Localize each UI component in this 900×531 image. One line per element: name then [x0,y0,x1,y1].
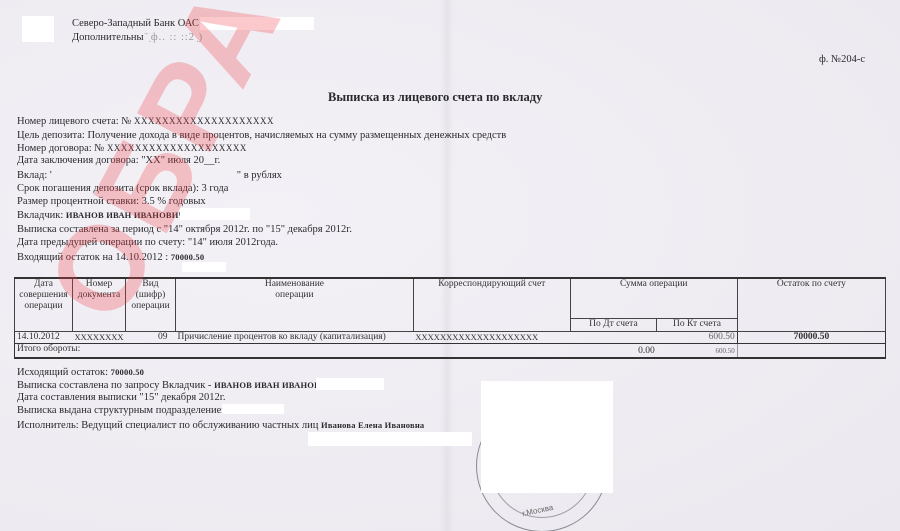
contract-number-line: Номер договора: № XXXXXXXXXXXXXXXXXXXX [17,142,247,155]
col-amount: Сумма операции [570,278,737,318]
deposit-purpose: Цель депозита: Получение дохода в виде п… [17,130,506,142]
executor-line: Исполнитель: Ведущий специалист по обслу… [17,419,424,432]
col-op-name: Наименование операции [176,278,414,332]
cell-date: 14.10.2012 [15,332,73,344]
cell-op-code: 09 [126,332,176,344]
redacted-signature-area [308,432,472,446]
redacted-depositor-extra [180,208,250,220]
opening-balance-line: Входящий остаток на 14.10.2012 : 70000.5… [17,251,204,264]
col-credit: По Кт счета [657,318,738,331]
deposit-term: Срок погашения депозита (срок вклада): 3… [17,183,228,195]
totals-debit: 0.00 [570,344,657,359]
redacted-logo [22,16,54,42]
document-page [0,0,900,531]
cell-corr-account: XXXXXXXXXXXXXXXXXXXX [413,332,570,344]
statement-date: Дата составления выписки "15" декабря 20… [17,392,226,404]
totals-balance-empty [737,344,885,359]
account-number-line: Номер лицевого счета: № XXXXXXXXXXXXXXXX… [17,115,274,128]
redacted-requester-extra [316,378,384,390]
cell-credit: 600.50 [657,332,738,344]
document-title: Выписка из лицевого счета по вкладу [328,90,542,105]
form-number: ф. №204-с [819,54,865,66]
operations-table: Дата совершения операции Номер документа… [14,277,886,359]
issued-by-line: Выписка выдана структурным подразделение… [17,405,228,417]
bank-name: Северо-Западный Банк ОАС [72,18,199,30]
col-balance: Остаток по счету [737,278,885,332]
interest-rate: Размер процентной ставки: 3.5 % годовых [17,196,206,208]
col-corr-account: Корреспондирующий счет [413,278,570,332]
branch-name: Дополнительны ̄ ̣ф.. :: ::2 ̣) [72,32,203,44]
cell-debit [570,332,657,344]
col-date: Дата совершения операции [15,278,73,332]
totals-label: Итого обороты: [15,344,571,359]
deposit-name-line: Вклад: '" в рублях [17,170,282,182]
redacted-opening-extra [182,262,226,272]
closing-balance-line: Исходящий остаток: 70000.50 [17,366,144,379]
col-debit: По Дт счета [570,318,657,331]
col-doc-number: Номер документа [72,278,125,332]
contract-date: Дата заключения договора: "XX" июля 20__… [17,155,220,167]
depositor-line: Вкладчик: ИВАНОВ ИВАН ИВАНОВИЧ [17,209,185,222]
redacted-seal-center [481,381,613,493]
statement-period: Выписка составлена за период с "14" октя… [17,224,352,236]
col-op-code: Вид (шифр) операции [126,278,176,332]
totals-credit: 600.50 [657,344,738,359]
totals-row: Итого обороты: 0.00 600.50 [15,344,886,359]
cell-doc-number: XXXXXXXX [72,332,125,344]
redacted-bank-suffix [200,17,314,30]
redacted-department [222,404,284,414]
previous-operation-date: Дата предыдущей операции по счету: "14" … [17,237,278,249]
requested-by-line: Выписка составлена по запросу Вкладчик -… [17,379,333,392]
cell-op-name: Причисление процентов ко вкладу (капитал… [176,332,414,344]
table-row: 14.10.2012 XXXXXXXX 09 Причисление проце… [15,332,886,344]
cell-balance: 70000.50 [737,332,885,344]
